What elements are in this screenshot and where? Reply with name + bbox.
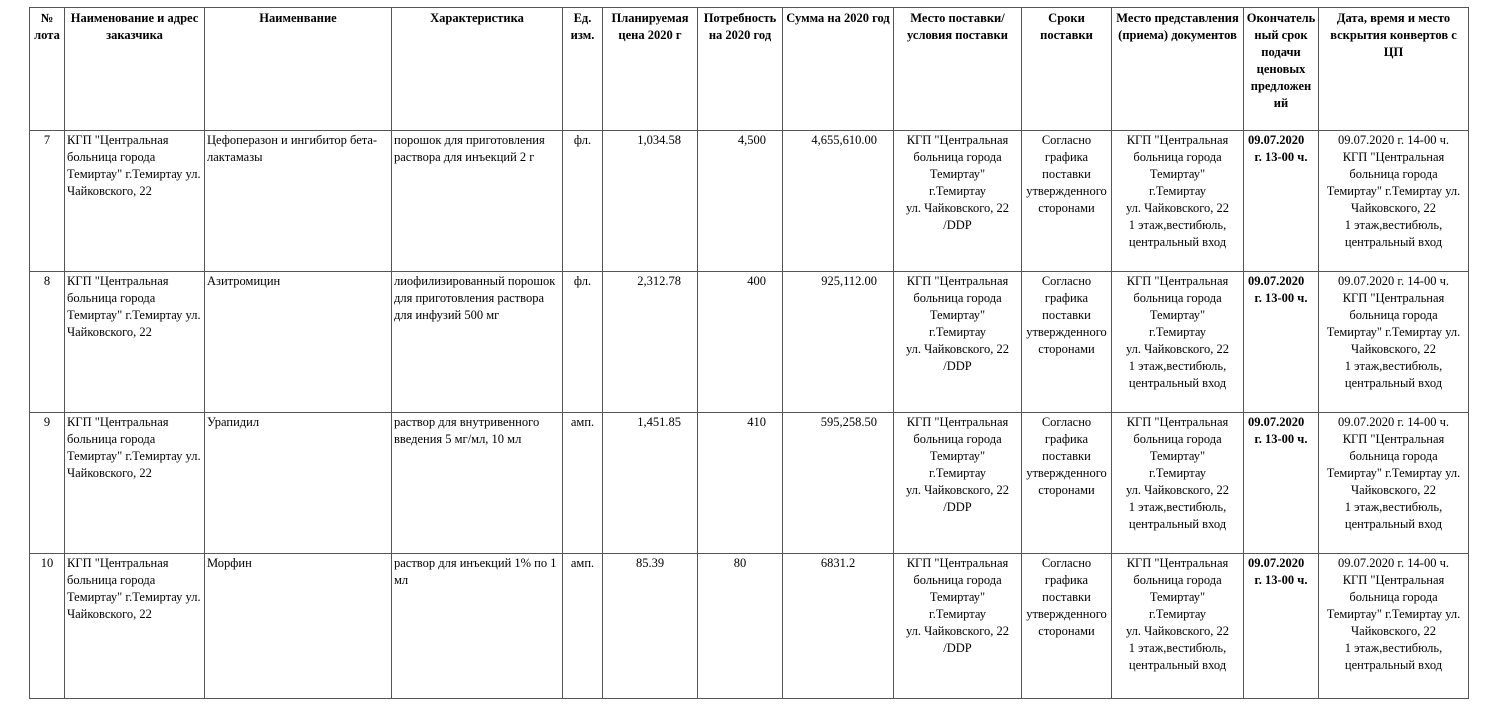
cell-docs-place: КГП "Центральная больница города Темирта…	[1112, 131, 1244, 272]
table-row: 9 КГП "Центральная больница города Темир…	[30, 413, 1469, 554]
cell-delivery-place: КГП "Центральная больница города Темирта…	[894, 413, 1022, 554]
header-delivery-terms: Сроки поставки	[1022, 8, 1112, 131]
cell-quantity: 80	[698, 554, 783, 699]
cell-customer: КГП "Центральная больница города Темирта…	[65, 272, 205, 413]
cell-characteristic: лиофилизированный порошок для приготовле…	[392, 272, 563, 413]
cell-quantity: 400	[698, 272, 783, 413]
cell-price: 85.39	[603, 554, 698, 699]
cell-deadline: 09.07.2020 г. 13-00 ч.	[1244, 131, 1319, 272]
cell-opening: 09.07.2020 г. 14-00 ч. КГП "Центральная …	[1319, 554, 1469, 699]
cell-characteristic: раствор для инъекций 1% по 1 мл	[392, 554, 563, 699]
cell-lot: 9	[30, 413, 65, 554]
cell-sum: 595,258.50	[783, 413, 894, 554]
cell-delivery-terms: Согласно графика поставки утвержденного …	[1022, 413, 1112, 554]
cell-name: Азитромицин	[205, 272, 392, 413]
cell-customer: КГП "Центральная больница города Темирта…	[65, 413, 205, 554]
cell-delivery-terms: Согласно графика поставки утвержденного …	[1022, 272, 1112, 413]
cell-name: Урапидил	[205, 413, 392, 554]
header-price: Планируемая цена 2020 г	[603, 8, 698, 131]
cell-docs-place: КГП "Центральная больница города Темирта…	[1112, 413, 1244, 554]
cell-opening: 09.07.2020 г. 14-00 ч. КГП "Центральная …	[1319, 272, 1469, 413]
cell-name: Морфин	[205, 554, 392, 699]
header-sum: Сумма на 2020 год	[783, 8, 894, 131]
header-customer: Наименование и адрес заказчика	[65, 8, 205, 131]
cell-delivery-terms: Согласно графика поставки утвержденного …	[1022, 131, 1112, 272]
header-row: № лота Наименование и адрес заказчика На…	[30, 8, 1469, 131]
cell-lot: 8	[30, 272, 65, 413]
cell-docs-place: КГП "Центральная больница города Темирта…	[1112, 272, 1244, 413]
header-docs-place: Место представления (приема) документов	[1112, 8, 1244, 131]
cell-characteristic: раствор для внутривенного введения 5 мг/…	[392, 413, 563, 554]
cell-deadline: 09.07.2020 г. 13-00 ч.	[1244, 272, 1319, 413]
header-delivery-place: Место поставки/условия поставки	[894, 8, 1022, 131]
cell-delivery-place: КГП "Центральная больница города Темирта…	[894, 272, 1022, 413]
header-lot-number: № лота	[30, 8, 65, 131]
cell-price: 2,312.78	[603, 272, 698, 413]
cell-unit: амп.	[563, 554, 603, 699]
cell-name: Цефоперазон и ингибитор бета-лактамазы	[205, 131, 392, 272]
header-unit: Ед. изм.	[563, 8, 603, 131]
table-row: 10 КГП "Центральная больница города Теми…	[30, 554, 1469, 699]
header-deadline: Окончатель ный срок подачи ценовых предл…	[1244, 8, 1319, 131]
cell-characteristic: порошок для приготовления раствора для и…	[392, 131, 563, 272]
cell-sum: 6831.2	[783, 554, 894, 699]
cell-quantity: 410	[698, 413, 783, 554]
cell-lot: 10	[30, 554, 65, 699]
cell-delivery-place: КГП "Центральная больница города Темирта…	[894, 131, 1022, 272]
cell-docs-place: КГП "Центральная больница города Темирта…	[1112, 554, 1244, 699]
cell-price: 1,451.85	[603, 413, 698, 554]
cell-unit: фл.	[563, 131, 603, 272]
cell-sum: 4,655,610.00	[783, 131, 894, 272]
table-row: 7 КГП "Центральная больница города Темир…	[30, 131, 1469, 272]
cell-price: 1,034.58	[603, 131, 698, 272]
cell-unit: фл.	[563, 272, 603, 413]
cell-delivery-place: КГП "Центральная больница города Темирта…	[894, 554, 1022, 699]
cell-unit: амп.	[563, 413, 603, 554]
cell-delivery-terms: Согласно графика поставки утвержденного …	[1022, 554, 1112, 699]
lots-table: № лота Наименование и адрес заказчика На…	[29, 7, 1469, 699]
cell-customer: КГП "Центральная больница города Темирта…	[65, 554, 205, 699]
cell-lot: 7	[30, 131, 65, 272]
cell-deadline: 09.07.2020 г. 13-00 ч.	[1244, 554, 1319, 699]
cell-deadline: 09.07.2020 г. 13-00 ч.	[1244, 413, 1319, 554]
header-characteristic: Характеристика	[392, 8, 563, 131]
header-quantity: Потребность на 2020 год	[698, 8, 783, 131]
cell-opening: 09.07.2020 г. 14-00 ч. КГП "Центральная …	[1319, 131, 1469, 272]
cell-customer: КГП "Центральная больница города Темирта…	[65, 131, 205, 272]
header-name: Наименвание	[205, 8, 392, 131]
table-row: 8 КГП "Центральная больница города Темир…	[30, 272, 1469, 413]
cell-opening: 09.07.2020 г. 14-00 ч. КГП "Центральная …	[1319, 413, 1469, 554]
cell-quantity: 4,500	[698, 131, 783, 272]
cell-sum: 925,112.00	[783, 272, 894, 413]
header-opening: Дата, время и место вскрытия конвертов с…	[1319, 8, 1469, 131]
